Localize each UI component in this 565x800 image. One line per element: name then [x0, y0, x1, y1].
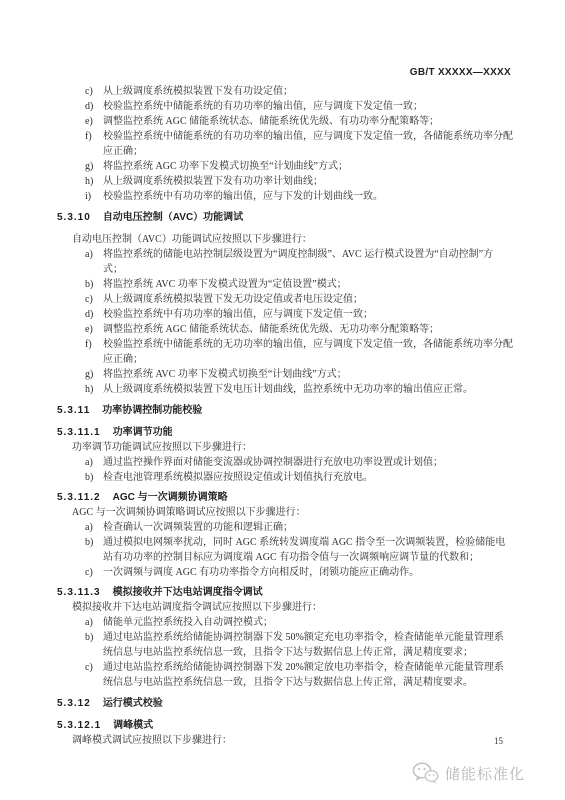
document-page: GB/T XXXXX—XXXX c)从上级调度系统模拟装置下发有功设定值； d)… [0, 0, 565, 800]
list-item-text: 一次调频与调度 AGC 有功功率指令方向相反时，闭锁功能应正确动作。 [103, 565, 513, 580]
section-intro: 调峰模式调试应按照以下步骤进行： [72, 733, 513, 748]
section-heading-5-3-12: 5.3.12运行模式校验 [57, 696, 513, 711]
list-item-text: 通过电站监控系统给储能协调控制器下发 50%额定充电功率指令，检查储能单元能量管… [103, 630, 513, 660]
section-title: 运行模式校验 [103, 698, 163, 709]
section-intro: 模拟接收并下达电站调度指令调试应按照以下步骤进行： [72, 600, 513, 615]
section-heading-5-3-11-2: 5.3.11.2AGC 与一次调频协调策略 [57, 490, 513, 505]
list-item-label: c) [85, 660, 103, 690]
list-item: b)检查电池管理系统模拟器应按照设定值或计划值执行充放电。 [57, 470, 513, 485]
list-item: c)从上级调度系统模拟装置下发无功设定值或者电压设定值； [57, 292, 513, 307]
list-item: e)调整监控系统 AGC 储能系统状态、储能系统优先级、无功功率分配策略等； [57, 322, 513, 337]
list-item-text: 校验监控系统中有功功率的输出值，应与下发的计划曲线一致。 [103, 189, 513, 204]
list-item: i)校验监控系统中有功功率的输出值，应与下发的计划曲线一致。 [57, 189, 513, 204]
list-item-label: d) [85, 99, 103, 114]
list-item: b)通过模拟电网频率扰动，同时 AGC 系统转发调度端 AGC 指令至一次调频装… [57, 535, 513, 565]
list-item-label: a) [85, 455, 103, 470]
list-item-label: c) [85, 84, 103, 99]
list-item-label: a) [85, 615, 103, 630]
list-item: f)校验监控系统中储能系统的有功功率的输出值，应与调度下发定值一致，各储能系统功… [57, 129, 513, 159]
document-body: c)从上级调度系统模拟装置下发有功设定值； d)校验监控系统中储能系统的有功功率… [57, 84, 513, 748]
section-heading-5-3-11: 5.3.11功率协调控制功能校验 [57, 403, 513, 418]
list-item: g)将监控系统 AGC 功率下发模式切换至“计划曲线”方式； [57, 159, 513, 174]
list-item-text: 从上级调度系统模拟装置下发无功设定值或者电压设定值； [103, 292, 513, 307]
list-item: b)通过电站监控系统给储能协调控制器下发 50%额定充电功率指令，检查储能单元能… [57, 630, 513, 660]
section-intro: 功率调节功能调试应按照以下步骤进行： [72, 440, 513, 455]
list-item-text: 储能单元监控系统投入自动调控模式； [103, 615, 513, 630]
doc-code: GB/T XXXXX—XXXX [410, 67, 511, 78]
section-number: 5.3.11 [57, 405, 90, 416]
section-title: AGC 与一次调频协调策略 [113, 492, 228, 503]
list-item: a)检查确认一次调频装置的功能和逻辑正确； [57, 520, 513, 535]
list-item: h)从上级调度系统模拟装置下发电压计划曲线，监控系统中无功功率的输出值应正常。 [57, 382, 513, 397]
list-item: e)调整监控系统 AGC 储能系统状态、储能系统优先级、有功功率分配策略等； [57, 114, 513, 129]
section-title: 调峰模式 [113, 720, 153, 731]
list-item-label: i) [85, 189, 103, 204]
list-item-text: 将监控系统 AVC 功率下发模式切换至“计划曲线”方式； [103, 367, 513, 382]
list-item-text: 校验监控系统中储能系统的无功功率的输出值，应与调度下发定值一致，各储能系统功率分… [103, 337, 513, 367]
list-item-text: 将监控系统的储能电站控制层级设置为“调度控制级”、AVC 运行模式设置为“自动控… [103, 247, 513, 277]
list-item-text: 通过模拟电网频率扰动，同时 AGC 系统转发调度端 AGC 指令至一次调频装置，… [103, 535, 513, 565]
list-item-label: g) [85, 159, 103, 174]
list-item-label: c) [85, 565, 103, 580]
list-item: d)校验监控系统中储能系统的有功功率的输出值，应与调度下发定值一致； [57, 99, 513, 114]
list-item-text: 从上级调度系统模拟装置下发电压计划曲线，监控系统中无功功率的输出值应正常。 [103, 382, 513, 397]
list-item-label: b) [85, 277, 103, 292]
section-intro: 自动电压控制（AVC）功能调试应按照以下步骤进行： [72, 232, 513, 247]
list-item: g)将监控系统 AVC 功率下发模式切换至“计划曲线”方式； [57, 367, 513, 382]
list-item-label: e) [85, 322, 103, 337]
section-number: 5.3.12.1 [57, 720, 101, 731]
list-item: a)储能单元监控系统投入自动调控模式； [57, 615, 513, 630]
list-item: c)一次调频与调度 AGC 有功功率指令方向相反时，闭锁功能应正确动作。 [57, 565, 513, 580]
list-item-text: 通过电站监控系统给储能协调控制器下发 20%额定放电功率指令，检查储能单元能量管… [103, 660, 513, 690]
section-number: 5.3.10 [57, 212, 91, 223]
list-item-label: f) [85, 337, 103, 367]
list-item: a)将监控系统的储能电站控制层级设置为“调度控制级”、AVC 运行模式设置为“自… [57, 247, 513, 277]
list-item-label: e) [85, 114, 103, 129]
list-item-text: 检查电池管理系统模拟器应按照设定值或计划值执行充放电。 [103, 470, 513, 485]
list-item: h)从上级调度系统模拟装置下发有功功率计划曲线； [57, 174, 513, 189]
list-item-text: 从上级调度系统模拟装置下发有功功率计划曲线； [103, 174, 513, 189]
list-item-label: h) [85, 174, 103, 189]
list-item-text: 校验监控系统中储能系统的有功功率的输出值，应与调度下发定值一致； [103, 99, 513, 114]
list-item: f)校验监控系统中储能系统的无功功率的输出值，应与调度下发定值一致，各储能系统功… [57, 337, 513, 367]
list-item-text: 将监控系统 AGC 功率下发模式切换至“计划曲线”方式； [103, 159, 513, 174]
section-title: 自动电压控制（AVC）功能调试 [103, 212, 243, 223]
list-item-text: 通过监控操作界面对储能变流器或协调控制器进行充放电功率设置或计划值； [103, 455, 513, 470]
section-heading-5-3-11-1: 5.3.11.1功率调节功能 [57, 425, 513, 440]
list-item-label: b) [85, 535, 103, 565]
list-item-label: b) [85, 630, 103, 660]
section-number: 5.3.11.3 [57, 587, 101, 598]
list-item-label: a) [85, 247, 103, 277]
watermark: 储能标准化 [412, 762, 525, 785]
list-item-label: f) [85, 129, 103, 159]
list-item: a)通过监控操作界面对储能变流器或协调控制器进行充放电功率设置或计划值； [57, 455, 513, 470]
list-item: d)校验监控系统中有功功率的输出值，应与调度下发定值一致； [57, 307, 513, 322]
section-intro: AGC 与一次调频协调策略调试应按照以下步骤进行： [72, 505, 513, 520]
section-number: 5.3.12 [57, 698, 91, 709]
list-item-label: g) [85, 367, 103, 382]
section-heading-5-3-10: 5.3.10自动电压控制（AVC）功能调试 [57, 210, 513, 225]
wechat-icon [412, 762, 439, 785]
section-title: 模拟接收并下达电站调度指令调试 [113, 587, 263, 598]
list-item-text: 将监控系统 AVC 功率下发模式设置为“定值设置”模式； [103, 277, 513, 292]
list-item-text: 校验监控系统中有功功率的输出值，应与调度下发定值一致； [103, 307, 513, 322]
list-item-label: b) [85, 470, 103, 485]
list-item-text: 校验监控系统中储能系统的有功功率的输出值，应与调度下发定值一致，各储能系统功率分… [103, 129, 513, 159]
section-title: 功率协调控制功能校验 [102, 405, 202, 416]
list-item: c)通过电站监控系统给储能协调控制器下发 20%额定放电功率指令，检查储能单元能… [57, 660, 513, 690]
section-heading-5-3-11-3: 5.3.11.3模拟接收并下达电站调度指令调试 [57, 585, 513, 600]
list-item-label: c) [85, 292, 103, 307]
section-heading-5-3-12-1: 5.3.12.1调峰模式 [57, 718, 513, 733]
list-item-text: 调整监控系统 AGC 储能系统状态、储能系统优先级、有功功率分配策略等； [103, 114, 513, 129]
list-item-text: 调整监控系统 AGC 储能系统状态、储能系统优先级、无功功率分配策略等； [103, 322, 513, 337]
page-number: 15 [494, 736, 503, 746]
list-item-label: a) [85, 520, 103, 535]
section-number: 5.3.11.2 [57, 492, 101, 503]
list-item: c)从上级调度系统模拟装置下发有功设定值； [57, 84, 513, 99]
list-item: b)将监控系统 AVC 功率下发模式设置为“定值设置”模式； [57, 277, 513, 292]
list-item-text: 检查确认一次调频装置的功能和逻辑正确； [103, 520, 513, 535]
section-number: 5.3.11.1 [57, 427, 101, 438]
list-item-label: h) [85, 382, 103, 397]
list-item-label: d) [85, 307, 103, 322]
section-title: 功率调节功能 [113, 427, 173, 438]
list-item-text: 从上级调度系统模拟装置下发有功设定值； [103, 84, 513, 99]
watermark-label: 储能标准化 [445, 763, 525, 784]
